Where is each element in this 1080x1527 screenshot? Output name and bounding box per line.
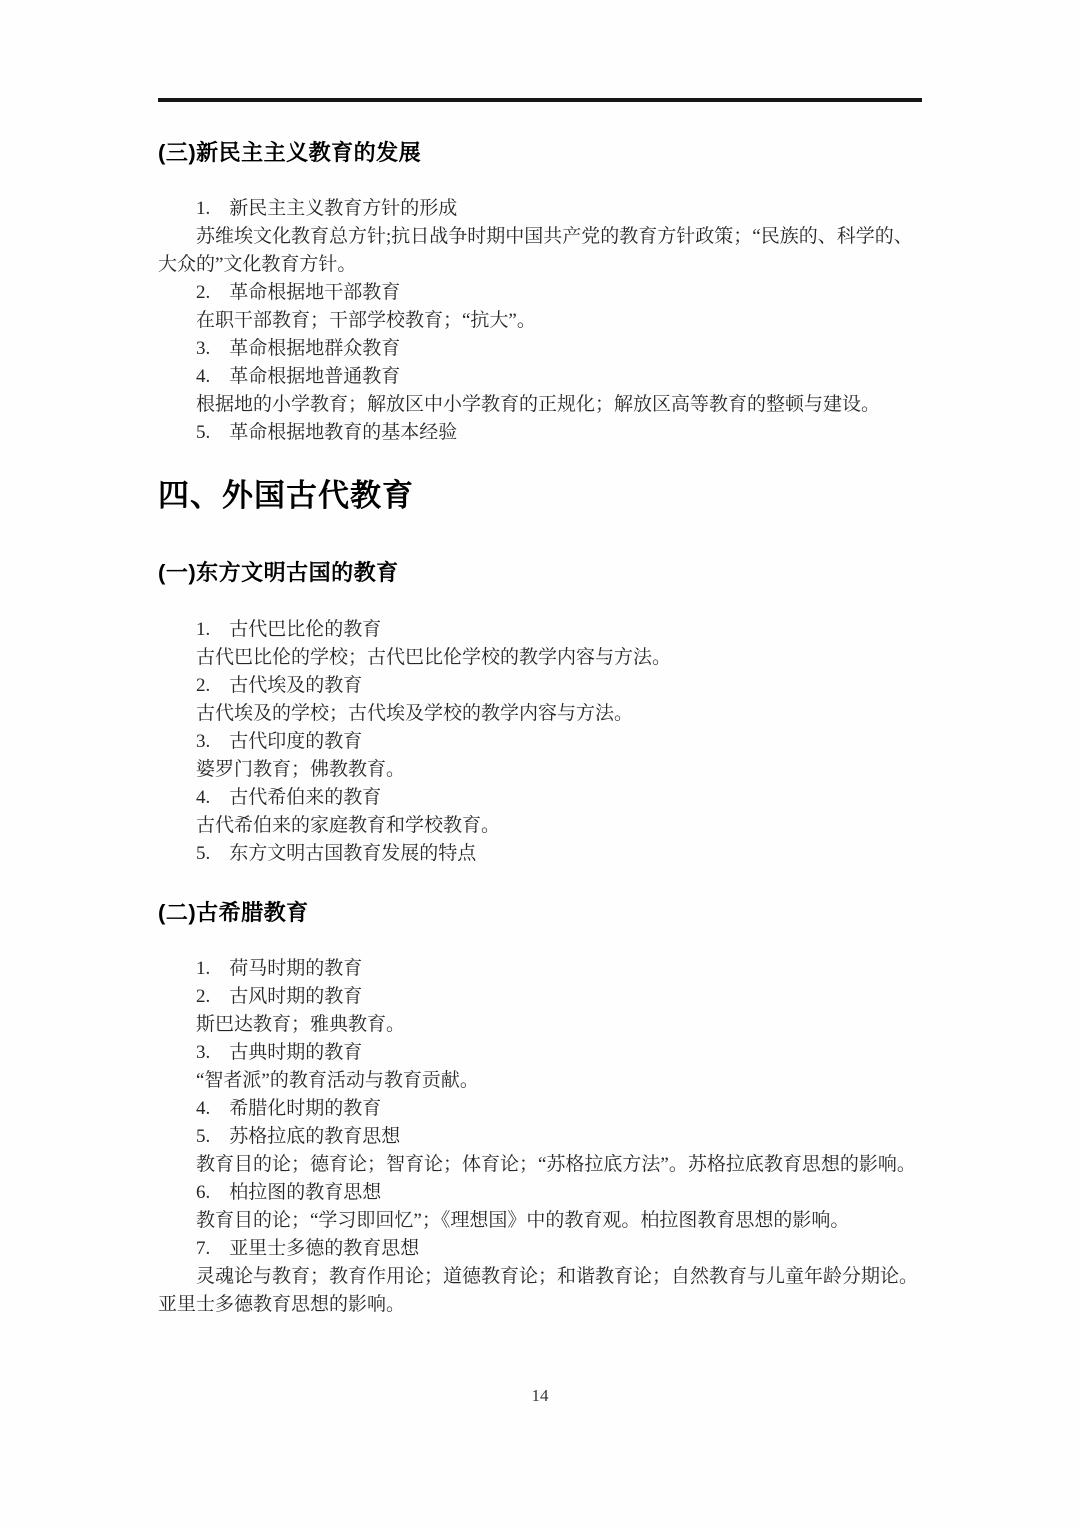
list-item: 2. 革命根据地干部教育 <box>158 279 922 307</box>
list-item: 7. 亚里士多德的教育思想 <box>158 1235 922 1263</box>
list-item: 1. 新民主主义教育方针的形成 <box>158 195 922 223</box>
section-heading-eastern-ancient-civilizations: (一)东方文明古国的教育 <box>158 558 922 588</box>
list-item: 教育目的论；德育论；智育论；体育论；“苏格拉底方法”。苏格拉底教育思想的影响。 <box>158 1151 922 1179</box>
list-item: 苏维埃文化教育总方针;抗日战争时期中国共产党的教育方针政策；“民族的、科学的、大… <box>158 223 922 279</box>
list-item: 2. 古代埃及的教育 <box>158 672 922 700</box>
list-item: 4. 古代希伯来的教育 <box>158 784 922 812</box>
list-item: 在职干部教育；干部学校教育；“抗大”。 <box>158 307 922 335</box>
list-item: 1. 荷马时期的教育 <box>158 955 922 983</box>
list-item: 3. 古典时期的教育 <box>158 1039 922 1067</box>
list-item: 婆罗门教育；佛教教育。 <box>158 756 922 784</box>
list-item: 3. 革命根据地群众教育 <box>158 335 922 363</box>
list-item: 3. 古代印度的教育 <box>158 728 922 756</box>
list-item: 4. 革命根据地普通教育 <box>158 363 922 391</box>
list-item: 灵魂论与教育；教育作用论；道德教育论；和谐教育论；自然教育与儿童年龄分期论。亚里… <box>158 1263 922 1319</box>
document-page: (三)新民主主义教育的发展 1. 新民主主义教育方针的形成 苏维埃文化教育总方针… <box>0 0 1080 1527</box>
list-item: 古代埃及的学校；古代埃及学校的教学内容与方法。 <box>158 700 922 728</box>
list-item: 5. 苏格拉底的教育思想 <box>158 1123 922 1151</box>
section-heading-new-democratic-education: (三)新民主主义教育的发展 <box>158 138 922 168</box>
list-item: 1. 古代巴比伦的教育 <box>158 616 922 644</box>
list-item: 2. 古风时期的教育 <box>158 983 922 1011</box>
list-item: 5. 东方文明古国教育发展的特点 <box>158 840 922 868</box>
list-item: 6. 柏拉图的教育思想 <box>158 1179 922 1207</box>
header-rule <box>158 98 922 102</box>
page-number: 14 <box>0 1385 1080 1407</box>
list-item: 4. 希腊化时期的教育 <box>158 1095 922 1123</box>
list-item: 根据地的小学教育；解放区中小学教育的正规化；解放区高等教育的整顿与建设。 <box>158 391 922 419</box>
list-item: 古代巴比伦的学校；古代巴比伦学校的教学内容与方法。 <box>158 644 922 672</box>
document-content: (三)新民主主义教育的发展 1. 新民主主义教育方针的形成 苏维埃文化教育总方针… <box>158 0 922 1319</box>
section-heading-ancient-greek-education: (二)古希腊教育 <box>158 898 922 928</box>
list-item: 教育目的论；“学习即回忆”；《理想国》中的教育观。柏拉图教育思想的影响。 <box>158 1207 922 1235</box>
list-item: 5. 革命根据地教育的基本经验 <box>158 419 922 447</box>
list-item: 古代希伯来的家庭教育和学校教育。 <box>158 812 922 840</box>
list-item: “智者派”的教育活动与教育贡献。 <box>158 1067 922 1095</box>
chapter-heading-foreign-ancient-education: 四、外国古代教育 <box>158 477 922 515</box>
list-item: 斯巴达教育；雅典教育。 <box>158 1011 922 1039</box>
